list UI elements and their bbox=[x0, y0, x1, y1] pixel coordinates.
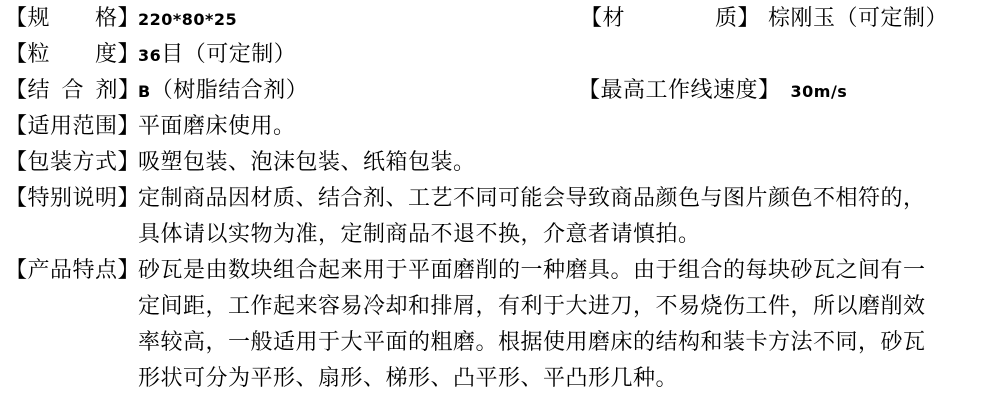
product-spec-document: 【规 格】220*80*25【材 质】棕刚玉（可定制） 【粒 度】36目（可定制… bbox=[0, 0, 1000, 399]
bond-value-letter: B bbox=[138, 82, 151, 101]
grit-value-number: 36 bbox=[138, 46, 161, 65]
grit-value-text: 目（可定制） bbox=[161, 41, 296, 66]
material-field: 【材 质】棕刚玉（可定制） bbox=[580, 0, 948, 36]
row-spec-material: 【规 格】220*80*25【材 质】棕刚玉（可定制） bbox=[0, 0, 1000, 36]
special-note-text-line2: 具体请以实物为准，定制商品不退不换，介意者请慎拍。 bbox=[138, 221, 701, 246]
row-features-line4: 形状可分为平形、扇形、梯形、凸平形、平凸形几种。 bbox=[0, 360, 1000, 396]
max-speed-label: 【最高工作线速度】 bbox=[578, 77, 781, 102]
row-packaging: 【包装方式】吸塑包装、泡沫包装、纸箱包装。 bbox=[0, 144, 1000, 180]
max-speed-value: 30m/s bbox=[791, 82, 848, 101]
material-value: 棕刚玉（可定制） bbox=[768, 5, 948, 30]
features-text-line2: 定间距，工作起来容易冷却和排屑，有利于大进刀，不易烧伤工件，所以磨削效 bbox=[138, 293, 926, 318]
row-features-line3: 率较高，一般适用于大平面的粗磨。根据使用磨床的结构和装卡方法不同，砂瓦 bbox=[0, 324, 1000, 360]
features-label: 【产品特点】 bbox=[5, 252, 138, 288]
row-features-line2: 定间距，工作起来容易冷却和排屑，有利于大进刀，不易烧伤工件，所以磨削效 bbox=[0, 288, 1000, 324]
bond-label: 【结 合 剂】 bbox=[5, 72, 138, 108]
application-label: 【适用范围】 bbox=[5, 108, 138, 144]
bond-value-text: （树脂结合剂） bbox=[151, 77, 309, 102]
features-text-line3: 率较高，一般适用于大平面的粗磨。根据使用磨床的结构和装卡方法不同，砂瓦 bbox=[138, 329, 926, 354]
grit-label: 【粒 度】 bbox=[5, 36, 138, 72]
row-features-line1: 【产品特点】砂瓦是由数块组合起来用于平面磨削的一种磨具。由于组合的每块砂瓦之间有… bbox=[0, 252, 1000, 288]
spec-label: 【规 格】 bbox=[5, 0, 138, 36]
special-note-label: 【特别说明】 bbox=[5, 180, 138, 216]
row-application: 【适用范围】平面磨床使用。 bbox=[0, 108, 1000, 144]
material-label: 【材 质】 bbox=[580, 5, 760, 30]
features-text-line1: 砂瓦是由数块组合起来用于平面磨削的一种磨具。由于组合的每块砂瓦之间有一 bbox=[138, 257, 926, 282]
application-value: 平面磨床使用。 bbox=[138, 113, 296, 138]
packaging-label: 【包装方式】 bbox=[5, 144, 138, 180]
spec-value: 220*80*25 bbox=[138, 10, 237, 29]
packaging-value: 吸塑包装、泡沫包装、纸箱包装。 bbox=[138, 149, 476, 174]
features-text-line4: 形状可分为平形、扇形、梯形、凸平形、平凸形几种。 bbox=[138, 365, 678, 390]
row-special-note-line2: 具体请以实物为准，定制商品不退不换，介意者请慎拍。 bbox=[0, 216, 1000, 252]
special-note-text-line1: 定制商品因材质、结合剂、工艺不同可能会导致商品颜色与图片颜色不相符的， bbox=[138, 185, 926, 210]
max-speed-field: 【最高工作线速度】30m/s bbox=[578, 72, 847, 110]
row-bond-speed: 【结 合 剂】B（树脂结合剂）【最高工作线速度】30m/s bbox=[0, 72, 1000, 108]
row-special-note-line1: 【特别说明】定制商品因材质、结合剂、工艺不同可能会导致商品颜色与图片颜色不相符的… bbox=[0, 180, 1000, 216]
row-grit: 【粒 度】36目（可定制） bbox=[0, 36, 1000, 72]
